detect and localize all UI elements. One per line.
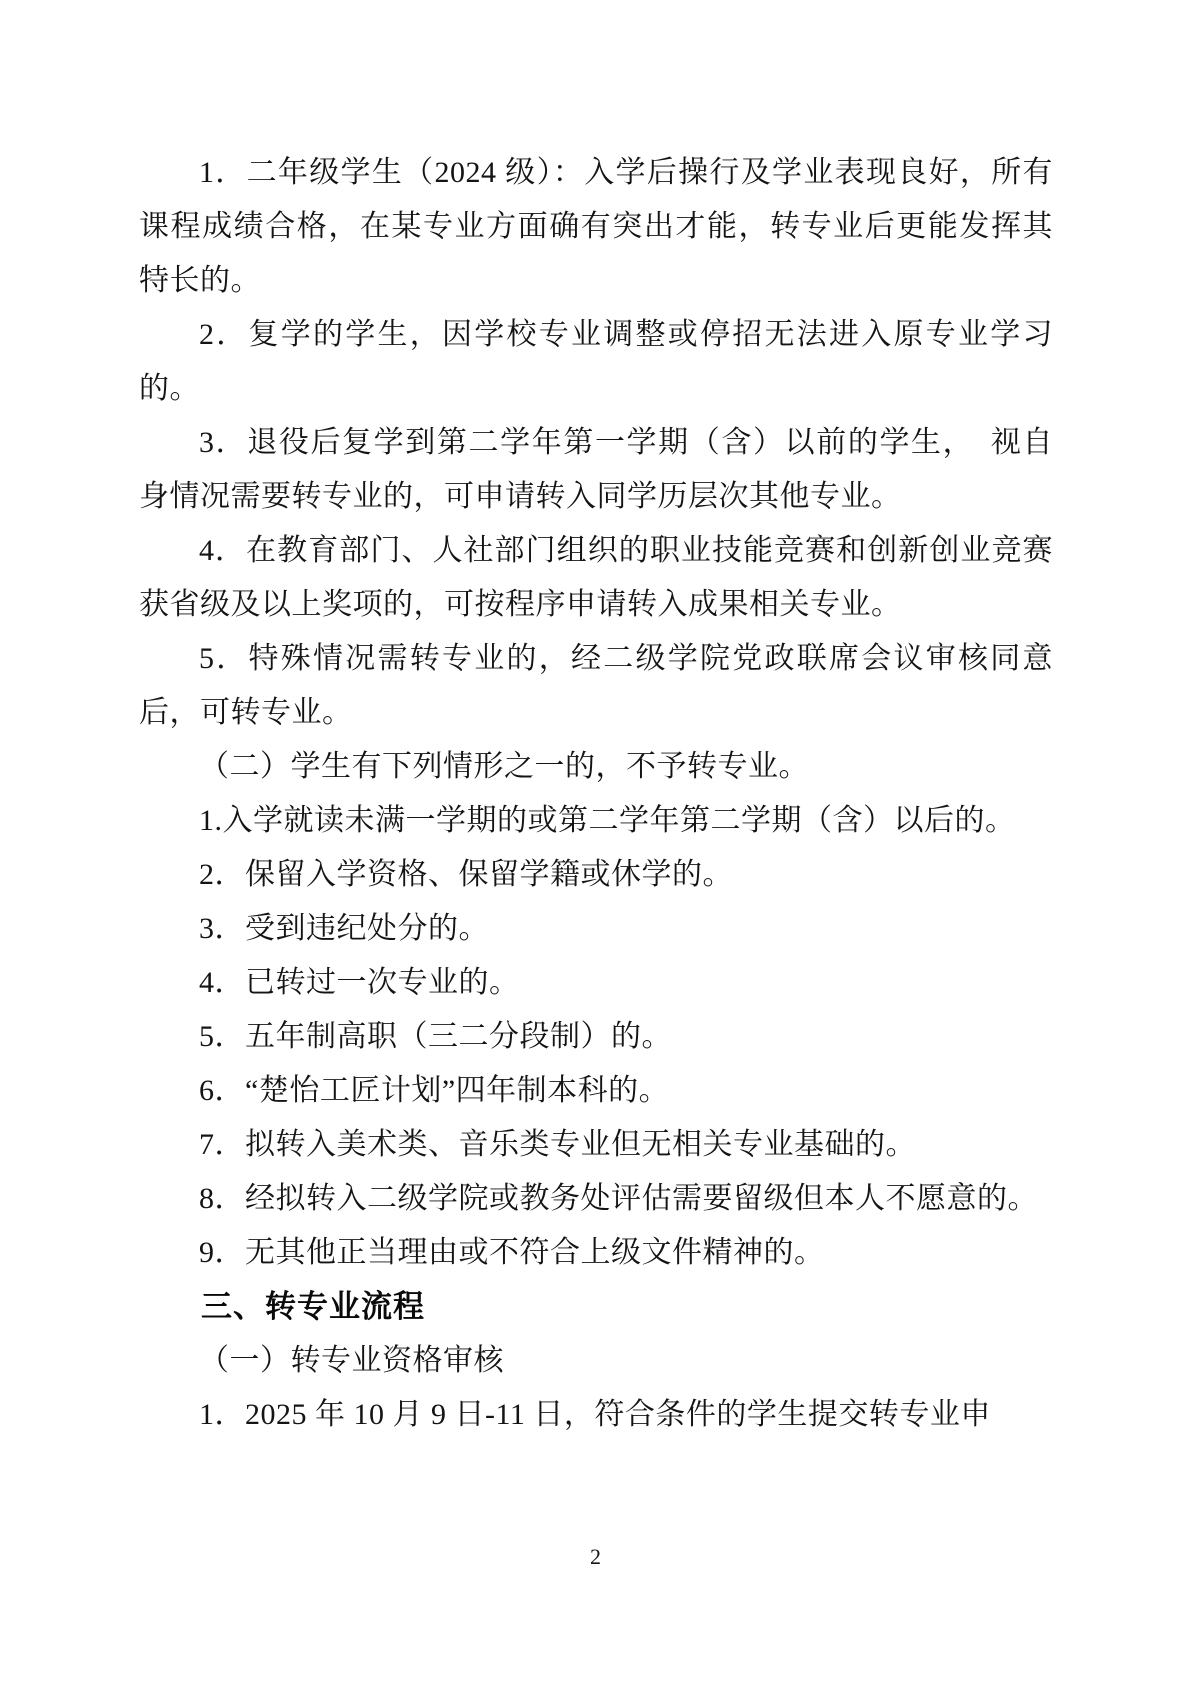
paragraph: 1．二年级学生（2024 级）：入学后操行及学业表现良好，所有课程成绩合格，在某… — [139, 146, 1053, 308]
paragraph: 5．特殊情况需转专业的，经二级学院党政联席会议审核同意后，可转专业。 — [139, 632, 1053, 740]
paragraph: 5．五年制高职（三二分段制）的。 — [139, 1010, 1053, 1064]
paragraph: 9．无其他正当理由或不符合上级文件精神的。 — [139, 1226, 1053, 1280]
paragraph: 3．退役后复学到第二学年第一学期（含）以前的学生， 视自身情况需要转专业的，可申… — [139, 416, 1053, 524]
page-number: 2 — [590, 1544, 601, 1569]
paragraph: 1.入学就读未满一学期的或第二学年第二学期（含）以后的。 — [139, 794, 1053, 848]
paragraph: 8．经拟转入二级学院或教务处评估需要留级但本人不愿意的。 — [139, 1172, 1053, 1226]
paragraph: 3．受到违纪处分的。 — [139, 902, 1053, 956]
section-heading: 三、转专业流程 — [139, 1280, 1053, 1334]
paragraph: （一）转专业资格审核 — [139, 1334, 1053, 1388]
paragraph: 4．已转过一次专业的。 — [139, 956, 1053, 1010]
paragraph: 6．“楚怡工匠计划”四年制本科的。 — [139, 1064, 1053, 1118]
paragraph: 7．拟转入美术类、音乐类专业但无相关专业基础的。 — [139, 1118, 1053, 1172]
paragraph: 1．2025 年 10 月 9 日-11 日，符合条件的学生提交转专业申 — [139, 1388, 1053, 1442]
document-body: 1．二年级学生（2024 级）：入学后操行及学业表现良好，所有课程成绩合格，在某… — [139, 146, 1053, 1442]
paragraph: （二）学生有下列情形之一的，不予转专业。 — [139, 740, 1053, 794]
page-footer: 2 — [0, 1544, 1191, 1570]
document-page: 1．二年级学生（2024 级）：入学后操行及学业表现良好，所有课程成绩合格，在某… — [0, 0, 1191, 1684]
paragraph: 2．复学的学生，因学校专业调整或停招无法进入原专业学习的。 — [139, 308, 1053, 416]
paragraph: 2．保留入学资格、保留学籍或休学的。 — [139, 848, 1053, 902]
paragraph: 4．在教育部门、人社部门组织的职业技能竞赛和创新创业竞赛获省级及以上奖项的，可按… — [139, 524, 1053, 632]
